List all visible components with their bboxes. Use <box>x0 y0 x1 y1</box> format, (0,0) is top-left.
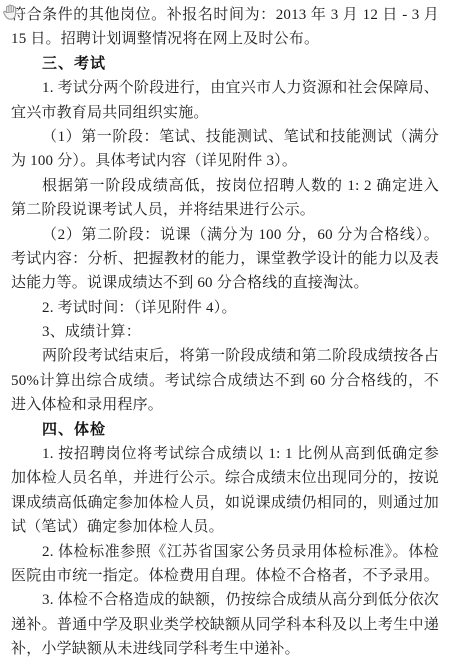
document-page: 符合条件的其他岗位。补报名时间为：2013 年 3 月 12 日 - 3 月15… <box>0 0 450 662</box>
text-line: 根据第一阶段成绩高低，按岗位招聘人数的 1: 2 确定进入 <box>11 174 439 198</box>
text-line: 3、成绩计算： <box>11 320 439 344</box>
text-line: （1）第一阶段：笔试、技能测试、笔试和技能测试（满分 <box>11 125 439 149</box>
text-line: 1. 按招聘岗位将考试综合成绩以 1: 1 比例从高到低确定参 <box>11 442 439 466</box>
text-line: 为 100 分）。具体考试内容（详见附件 3）。 <box>11 149 439 173</box>
text-line: 三、考试 <box>11 52 439 76</box>
text-line: （2）第二阶段：说课（满分为 100 分，60 分为合格线）。 <box>11 223 439 247</box>
text-line: 加体检人员名单，并进行公示。综合成绩末位出现同分的，按说 <box>11 466 439 490</box>
text-line: 递补。普通中学及职业类学校缺额从同学科本科及以上考生中递 <box>11 613 439 637</box>
text-line: 2. 考试时间：（详见附件 4）。 <box>11 296 439 320</box>
text-line: 进入体检和录用程序。 <box>11 393 439 417</box>
text-line: 达能力等。说课成绩达不到 60 分合格线的直接淘汰。 <box>11 271 439 295</box>
text-line: 试（笔试）确定参加体检人员。 <box>11 515 439 539</box>
document-body: 符合条件的其他岗位。补报名时间为：2013 年 3 月 12 日 - 3 月15… <box>11 3 439 662</box>
text-line: 15 日。招聘计划调整情况将在网上及时公布。 <box>11 27 439 51</box>
text-line: 3. 体检不合格造成的缺额，仍按综合成绩从高分到低分依次 <box>11 588 439 612</box>
text-line: 补，小学缺额从未进线同学科考生中递补。 <box>11 637 439 661</box>
text-line: 两阶段考试结束后，将第一阶段成绩和第二阶段成绩按各占 <box>11 344 439 368</box>
text-line: 符合条件的其他岗位。补报名时间为：2013 年 3 月 12 日 - 3 月 <box>11 3 439 27</box>
text-line: 医院由市统一指定。体检费用自理。体检不合格者，不予录用。 <box>11 564 439 588</box>
text-line: 课成绩高低确定参加体检人员，如说课成绩仍相同的，则通过加 <box>11 491 439 515</box>
text-line: 考试内容：分析、把握教材的能力，课堂教学设计的能力以及表 <box>11 247 439 271</box>
text-line: 第二阶段说课考试人员，并将结果进行公示。 <box>11 198 439 222</box>
text-line: 50%计算出综合成绩。考试综合成绩达不到 60 分合格线的，不 <box>11 369 439 393</box>
text-line: 1. 考试分两个阶段进行，由宜兴市人力资源和社会保障局、 <box>11 76 439 100</box>
text-line: 宜兴市教育局共同组织实施。 <box>11 101 439 125</box>
text-line: 四、体检 <box>11 418 439 442</box>
text-line: 2. 体检标准参照《江苏省国家公务员录用体检标准》。体检 <box>11 540 439 564</box>
